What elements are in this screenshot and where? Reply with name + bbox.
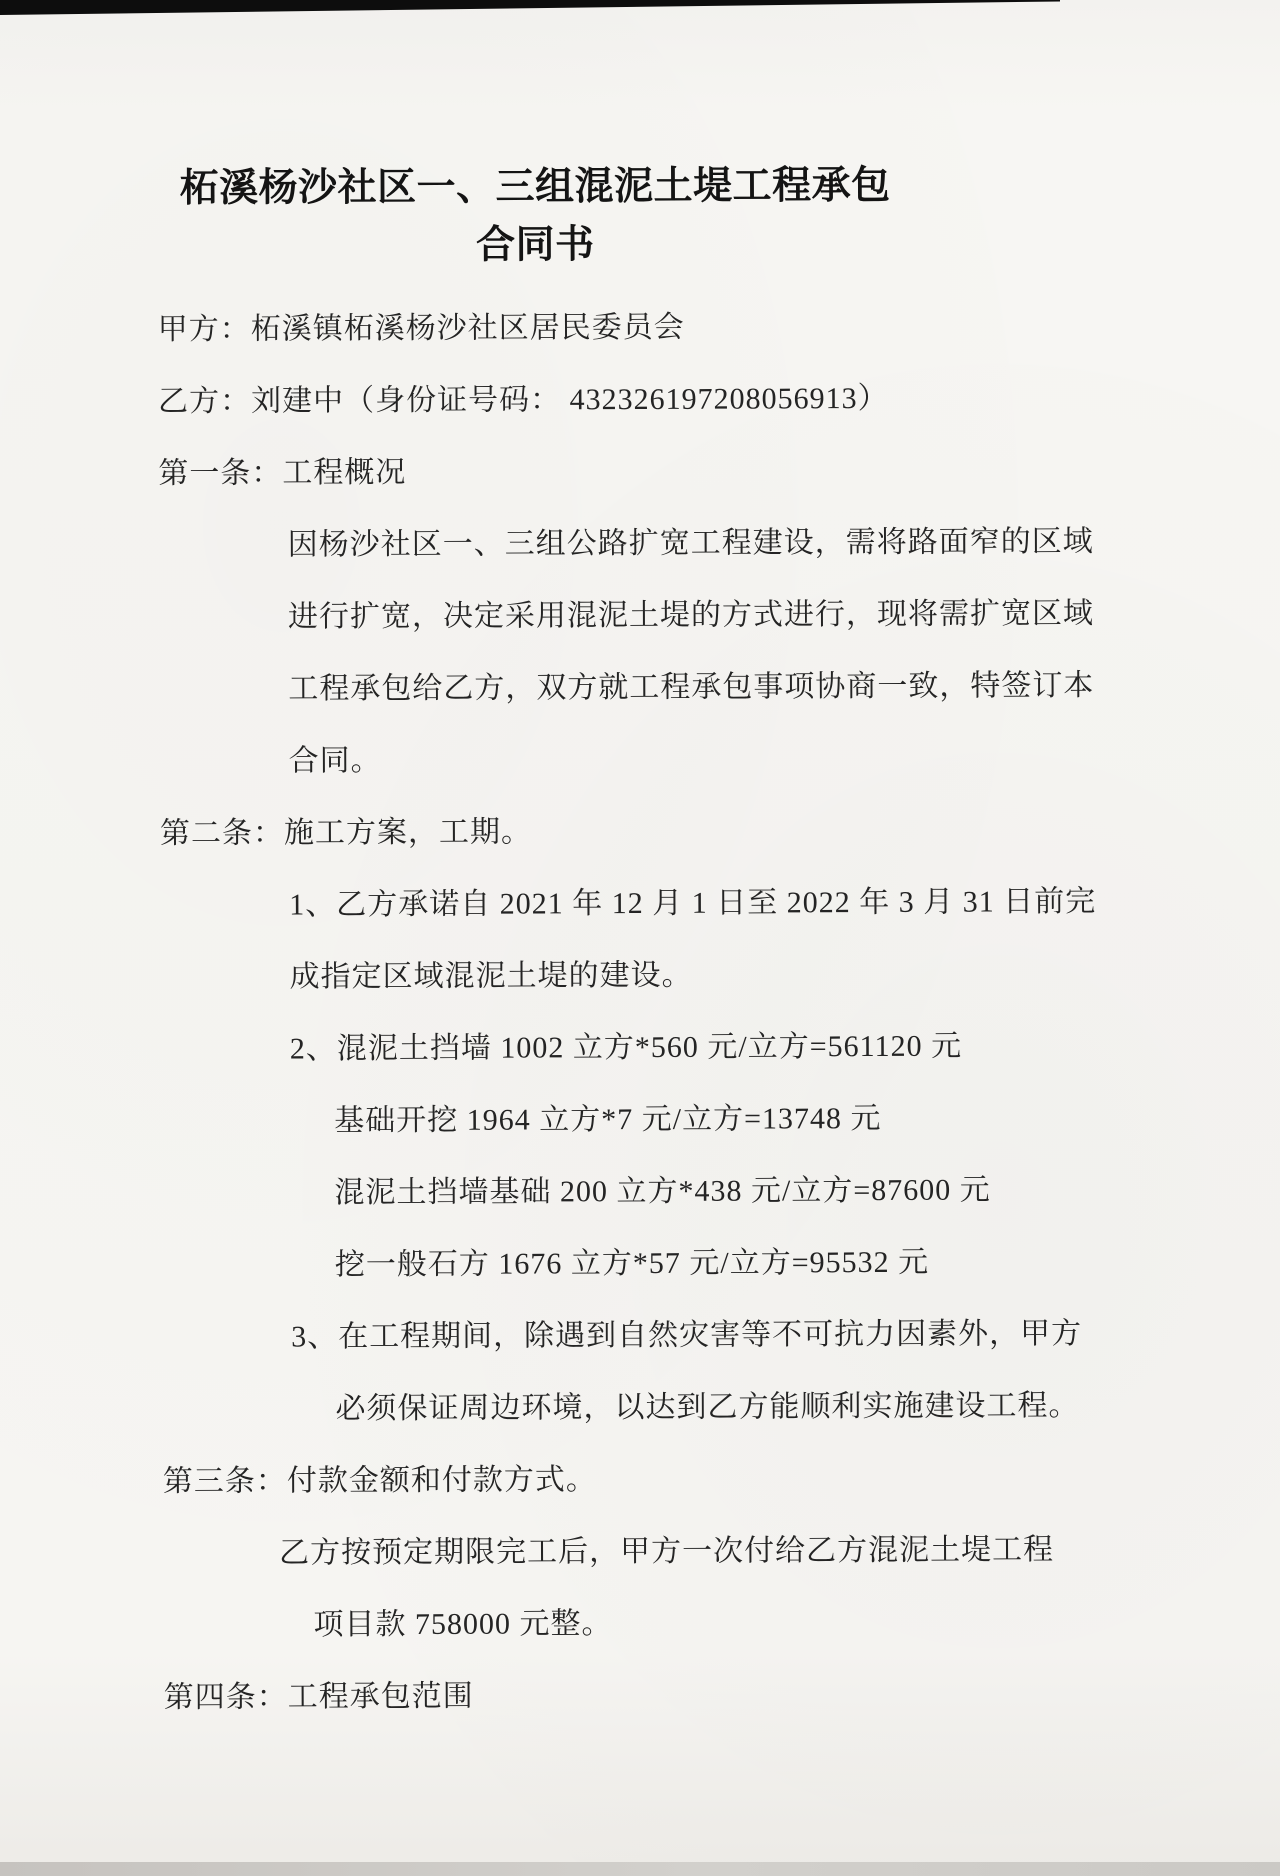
- article1-body-line4: 合同。: [288, 721, 1279, 797]
- article3-body-line1: 乙方按预定期限完工后，甲方一次付给乙方混泥土堤工程: [279, 1513, 1280, 1589]
- contract-title-line2: 合同书: [157, 215, 913, 276]
- article3-body-line2: 项目款 758000 元整。: [313, 1585, 1280, 1661]
- contract-body: 甲方：柘溪镇柘溪杨沙社区居民委员会 乙方：刘建中（身份证号码： 43232619…: [0, 289, 1280, 1735]
- article4-heading: 第四条：工程承包范围: [164, 1657, 1280, 1734]
- article2-item3-line1: 3、在工程期间，除遇到自然灾害等不可抗力因素外，甲方: [291, 1297, 1280, 1373]
- article2-item2-line3: 混泥土挡墙基础 200 立方*438 元/立方=87600 元: [334, 1153, 1280, 1229]
- article2-item1-line1: 1、乙方承诺自 2021 年 12 月 1 日至 2022 年 3 月 31 日…: [289, 865, 1280, 941]
- article1-heading: 第一条：工程概况: [158, 433, 1278, 510]
- article1-body-line2: 进行扩宽，决定采用混泥土堤的方式进行，现将需扩宽区域: [288, 577, 1279, 653]
- party-b-line: 乙方：刘建中（身份证号码： 432326197208056913）: [158, 361, 1278, 438]
- article2-item2-line2: 基础开挖 1964 立方*7 元/立方=13748 元: [334, 1081, 1280, 1157]
- scanned-contract-page: 柘溪杨沙社区一、三组混泥土堤工程承包 合同书 甲方：柘溪镇柘溪杨沙社区居民委员会…: [0, 0, 1280, 1876]
- contract-title: 柘溪杨沙社区一、三组混泥土堤工程承包 合同书: [156, 0, 913, 276]
- contract-document: 柘溪杨沙社区一、三组混泥土堤工程承包 合同书 甲方：柘溪镇柘溪杨沙社区居民委员会…: [0, 0, 1280, 1876]
- article2-item2-line1: 2、混泥土挡墙 1002 立方*560 元/立方=561120 元: [290, 1009, 1280, 1085]
- article2-item3-line2: 必须保证周边环境，以达到乙方能顺利实施建设工程。: [335, 1369, 1280, 1445]
- article3-heading: 第三条：付款金额和付款方式。: [163, 1441, 1280, 1518]
- scanner-edge-bottom: [0, 1862, 1280, 1876]
- article2-item1-line2: 成指定区域混泥土堤的建设。: [289, 937, 1280, 1013]
- article2-heading: 第二条：施工方案，工期。: [160, 793, 1280, 870]
- party-a-line: 甲方：柘溪镇柘溪杨沙社区居民委员会: [158, 289, 1278, 366]
- article2-item2-line4: 挖一般石方 1676 立方*57 元/立方=95532 元: [335, 1225, 1280, 1301]
- contract-title-line1: 柘溪杨沙社区一、三组混泥土堤工程承包: [157, 157, 913, 218]
- article1-body-line1: 因杨沙社区一、三组公路扩宽工程建设，需将路面窄的区域: [288, 505, 1279, 581]
- article1-body-line3: 工程承包给乙方，双方就工程承包事项协商一致，特签订本: [288, 649, 1279, 725]
